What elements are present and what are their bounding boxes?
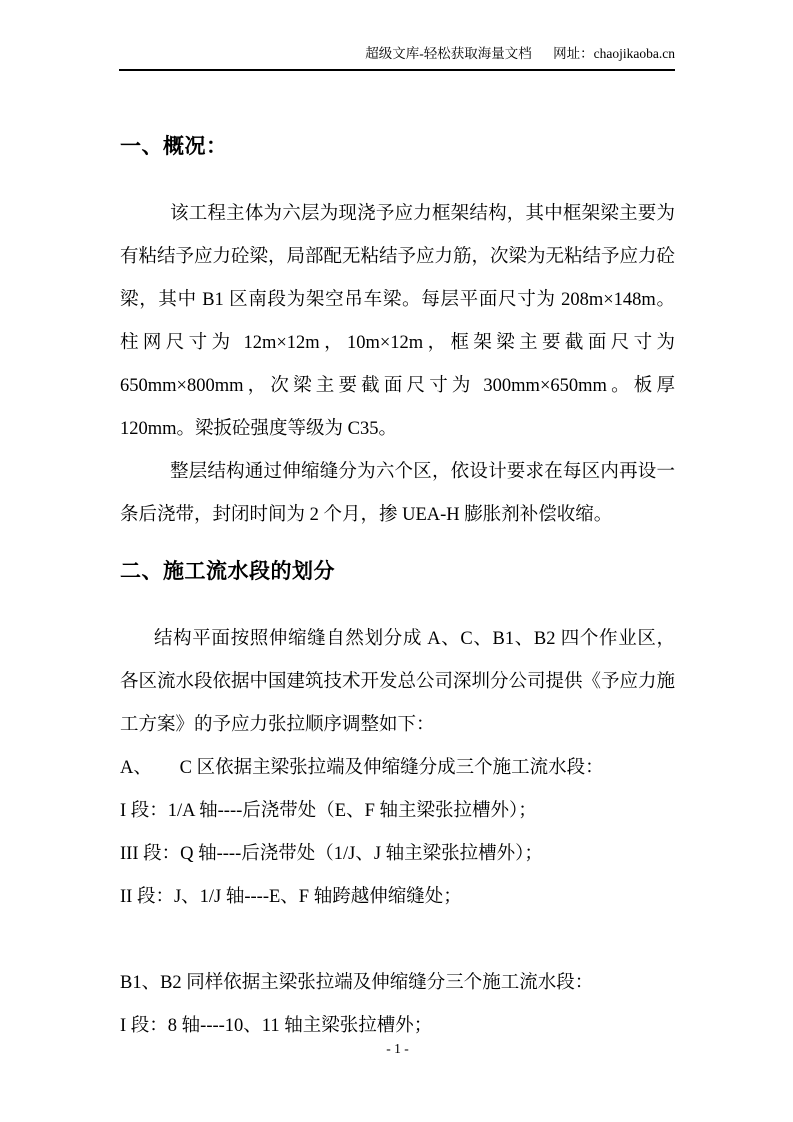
page-number: - 1 -: [120, 1040, 675, 1058]
paragraph: II 段：J、1/J 轴----E、F 轴跨越伸缩缝处；: [120, 876, 675, 919]
header-url-label: 网址：chaojikaoba.cn: [553, 46, 675, 61]
section-heading: 二、施工流水段的划分: [120, 555, 675, 588]
paragraph: A、 C 区依据主梁张拉端及伸缩缝分成三个施工流水段：: [120, 747, 675, 790]
document-page: 超级文库-轻松获取海量文档 网址：chaojikaoba.cn 一、概况：该工程…: [0, 0, 793, 1122]
blank-line: [120, 919, 675, 962]
paragraph: I 段：1/A 轴----后浇带处（E、F 轴主梁张拉槽外）；: [120, 790, 675, 833]
paragraph: 结构平面按照伸缩缝自然划分成 A、C、B1、B2 四个作业区，各区流水段依据中国…: [120, 618, 675, 747]
paragraph: 整层结构通过伸缩缝分为六个区，依设计要求在每区内再设一条后浇带，封闭时间为 2 …: [120, 451, 675, 537]
header-site-label: 超级文库-轻松获取海量文档: [365, 46, 532, 61]
paragraph: B1、B2 同样依据主梁张拉端及伸缩缝分三个施工流水段：: [120, 962, 675, 1005]
section-heading: 一、概况：: [120, 130, 675, 163]
paragraph: 该工程主体为六层为现浇予应力框架结构，其中框架梁主要为有粘结予应力砼梁，局部配无…: [120, 193, 675, 451]
paragraph: III 段：Q 轴----后浇带处（1/J、J 轴主梁张拉槽外）；: [120, 833, 675, 876]
page-header: 超级文库-轻松获取海量文档 网址：chaojikaoba.cn: [119, 44, 675, 71]
document-body: 一、概况：该工程主体为六层为现浇予应力框架结构，其中框架梁主要为有粘结予应力砼梁…: [120, 130, 675, 1048]
